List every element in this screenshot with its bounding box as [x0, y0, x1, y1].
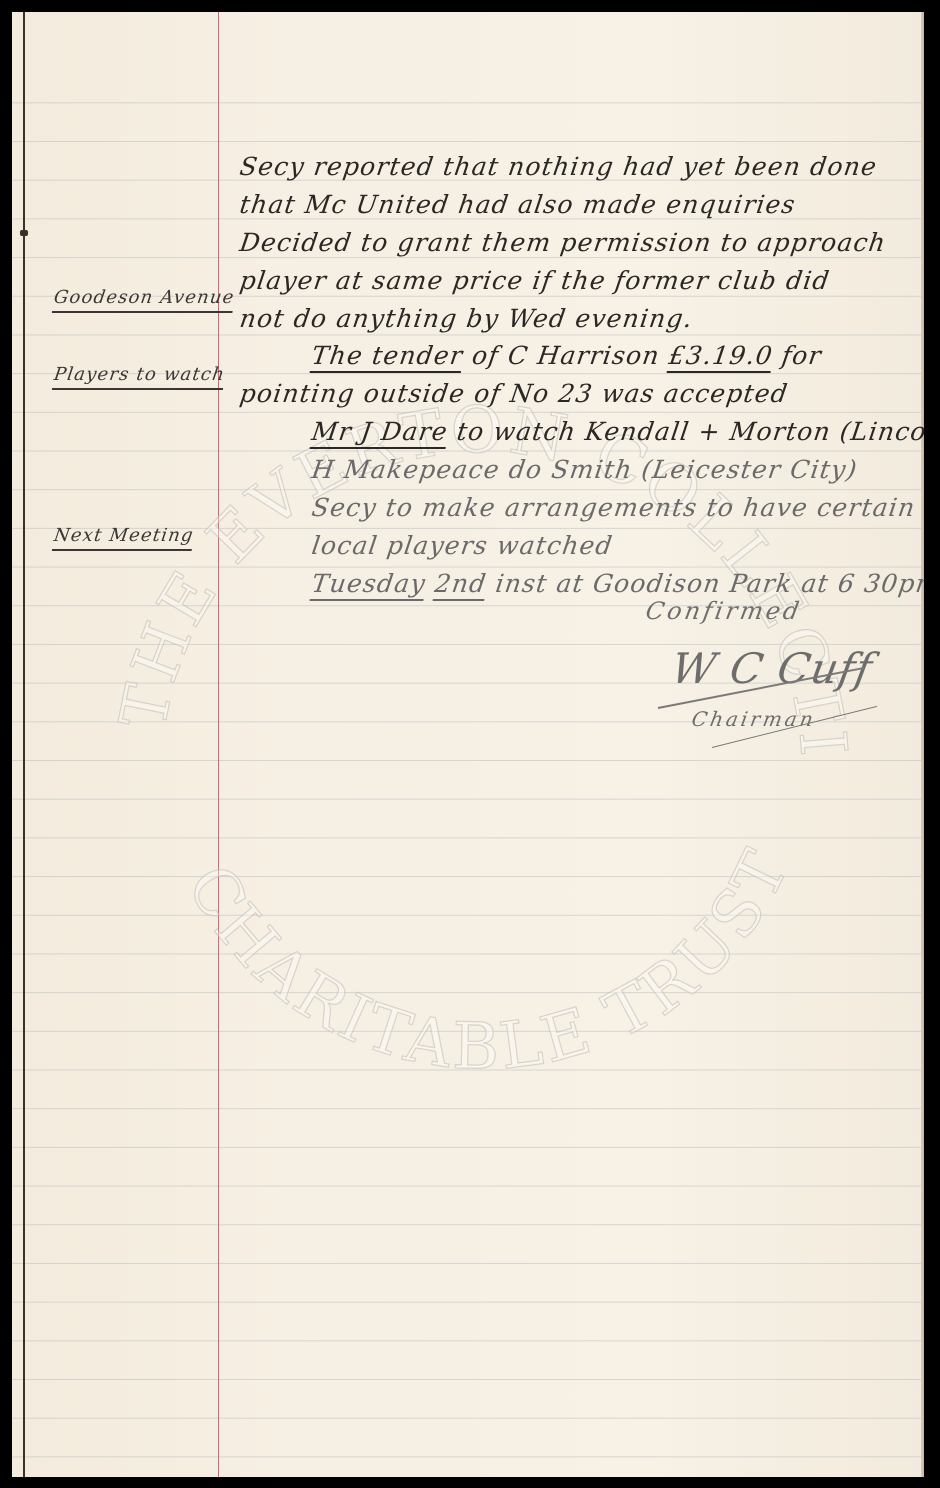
- next-meeting-day: Tuesday: [310, 569, 428, 598]
- margin-note-next-meeting: Next Meeting: [53, 525, 196, 546]
- tender-amount: £3.19.0: [667, 341, 775, 370]
- minute-line-2: that Mc United had also made enquiries: [238, 190, 798, 219]
- next-meeting-line: Tuesday 2nd inst at Goodison Park at 6 3…: [310, 569, 924, 598]
- minute-line-4: player at same price if the former club …: [238, 266, 832, 295]
- tender-heading: The tender: [310, 341, 465, 370]
- watcher-line: Mr J Dare to watch Kendall + Morton (Lin…: [310, 417, 924, 446]
- watcher-name: Mr J Dare: [310, 417, 450, 446]
- page-edge: [921, 12, 924, 1477]
- minute-book-page: THE EVERTON COLLECTION CHARITABLE TRUST …: [12, 12, 924, 1477]
- tender-contractor: of C Harrison: [470, 341, 662, 370]
- minute-line-pointing: pointing outside of No 23 was accepted: [238, 379, 790, 408]
- makepeace-line: H Makepeace do Smith (Leicester City): [310, 455, 860, 484]
- tender-line: The tender of C Harrison £3.19.0 for: [310, 341, 824, 370]
- minute-line-5: not do anything by Wed evening.: [238, 304, 695, 333]
- next-meeting-date: 2nd: [433, 569, 489, 598]
- margin-note-goodeson-avenue: Goodeson Avenue: [53, 287, 236, 308]
- minute-line-3: Decided to grant them permission to appr…: [238, 228, 888, 257]
- tender-suffix: for: [780, 341, 824, 370]
- binding-stitch: [20, 230, 28, 236]
- margin-note-players-to-watch: Players to watch: [53, 364, 227, 385]
- next-meeting-details: inst at Goodison Park at 6 30pm: [494, 569, 924, 598]
- local-players-line: local players watched: [310, 531, 615, 560]
- red-margin-line: [218, 12, 219, 1477]
- watcher-task: to watch Kendall + Morton (Lincoln City): [455, 417, 924, 446]
- chairman-title: Chairman: [690, 707, 818, 731]
- secy-arrangements-line: Secy to make arrangements to have certai…: [310, 493, 918, 522]
- confirmed-label: Confirmed: [644, 597, 805, 625]
- minute-line-1: Secy reported that nothing had yet been …: [238, 152, 879, 181]
